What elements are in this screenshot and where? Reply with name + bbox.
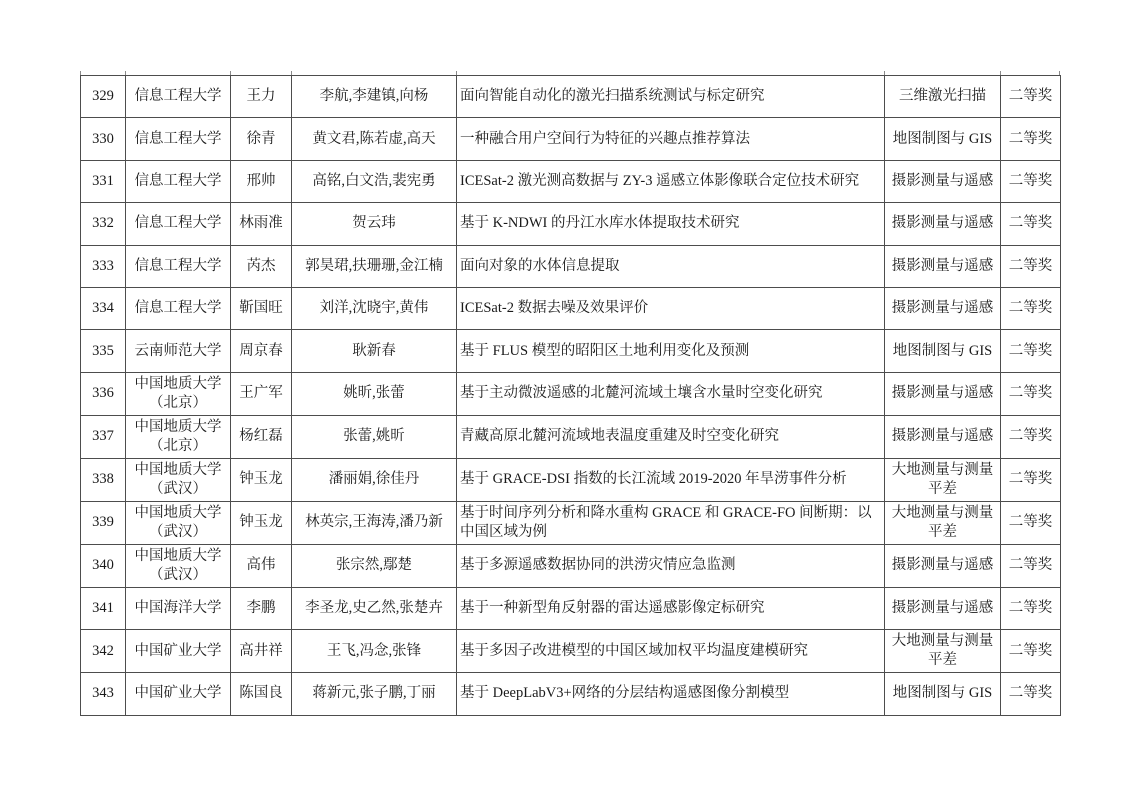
cell-university: 信息工程大学 (126, 203, 231, 245)
cell-award-level: 二等奖 (1001, 415, 1061, 458)
cell-coauthors: 姚昕,张蕾 (292, 372, 457, 415)
cell-row-number: 332 (81, 203, 126, 245)
cell-project-title: 基于多因子改进模型的中国区域加权平均温度建模研究 (457, 630, 885, 673)
cell-row-number: 333 (81, 245, 126, 287)
cell-lead-author: 邢帅 (231, 160, 292, 202)
cell-coauthors: 贺云玮 (292, 203, 457, 245)
cell-lead-author: 王力 (231, 76, 292, 118)
cell-row-number: 342 (81, 630, 126, 673)
cell-category: 摄影测量与遥感 (885, 587, 1001, 629)
cell-row-number: 338 (81, 458, 126, 501)
table-row: 340中国地质大学（武汉）高伟张宗然,鄢楚基于多源遥感数据协同的洪涝灾情应急监测… (81, 544, 1061, 587)
table-row: 332信息工程大学林雨准贺云玮基于 K-NDWI 的丹江水库水体提取技术研究摄影… (81, 203, 1061, 245)
awards-table-container: 329信息工程大学王力李航,李建镇,向杨面向智能自动化的激光扫描系统测试与标定研… (80, 75, 1060, 716)
column-tick-mark (1059, 71, 1060, 75)
cell-university: 中国矿业大学 (126, 673, 231, 715)
table-row: 341中国海洋大学李鹏李圣龙,史乙然,张楚卉基于一种新型角反射器的雷达遥感影像定… (81, 587, 1061, 629)
cell-project-title: ICESat-2 数据去噪及效果评价 (457, 287, 885, 329)
column-tick-mark (291, 71, 292, 75)
cell-category: 摄影测量与遥感 (885, 287, 1001, 329)
cell-category: 三维激光扫描 (885, 76, 1001, 118)
cell-university: 中国地质大学（武汉） (126, 501, 231, 544)
cell-award-level: 二等奖 (1001, 160, 1061, 202)
cell-category: 大地测量与测量平差 (885, 501, 1001, 544)
cell-coauthors: 李航,李建镇,向杨 (292, 76, 457, 118)
cell-award-level: 二等奖 (1001, 587, 1061, 629)
cell-lead-author: 钟玉龙 (231, 501, 292, 544)
cell-coauthors: 郭昊珺,扶珊珊,金江楠 (292, 245, 457, 287)
cell-lead-author: 陈国良 (231, 673, 292, 715)
cell-coauthors: 李圣龙,史乙然,张楚卉 (292, 587, 457, 629)
cell-project-title: 基于时间序列分析和降水重构 GRACE 和 GRACE-FO 间断期：以中国区域… (457, 501, 885, 544)
cell-category: 大地测量与测量平差 (885, 630, 1001, 673)
cell-category: 地图制图与 GIS (885, 118, 1001, 160)
cell-category: 地图制图与 GIS (885, 330, 1001, 372)
cell-award-level: 二等奖 (1001, 245, 1061, 287)
cell-coauthors: 耿新春 (292, 330, 457, 372)
cell-project-title: 基于主动微波遥感的北麓河流域土壤含水量时空变化研究 (457, 372, 885, 415)
cell-university: 中国地质大学（武汉） (126, 544, 231, 587)
cell-award-level: 二等奖 (1001, 544, 1061, 587)
cell-award-level: 二等奖 (1001, 501, 1061, 544)
cell-row-number: 343 (81, 673, 126, 715)
cell-award-level: 二等奖 (1001, 372, 1061, 415)
cell-project-title: 基于 K-NDWI 的丹江水库水体提取技术研究 (457, 203, 885, 245)
table-row: 329信息工程大学王力李航,李建镇,向杨面向智能自动化的激光扫描系统测试与标定研… (81, 76, 1061, 118)
cell-university: 中国地质大学（北京） (126, 415, 231, 458)
cell-project-title: 基于一种新型角反射器的雷达遥感影像定标研究 (457, 587, 885, 629)
cell-award-level: 二等奖 (1001, 630, 1061, 673)
cell-coauthors: 刘洋,沈晓宇,黄伟 (292, 287, 457, 329)
cell-row-number: 339 (81, 501, 126, 544)
cell-row-number: 340 (81, 544, 126, 587)
cell-project-title: 基于多源遥感数据协同的洪涝灾情应急监测 (457, 544, 885, 587)
cell-lead-author: 周京春 (231, 330, 292, 372)
cell-award-level: 二等奖 (1001, 203, 1061, 245)
table-row: 342中国矿业大学高井祥王飞,冯念,张锋基于多因子改进模型的中国区域加权平均温度… (81, 630, 1061, 673)
cell-row-number: 330 (81, 118, 126, 160)
cell-lead-author: 王广军 (231, 372, 292, 415)
cell-award-level: 二等奖 (1001, 458, 1061, 501)
cell-row-number: 334 (81, 287, 126, 329)
cell-lead-author: 杨红磊 (231, 415, 292, 458)
cell-lead-author: 高井祥 (231, 630, 292, 673)
cell-lead-author: 徐青 (231, 118, 292, 160)
cell-university: 中国矿业大学 (126, 630, 231, 673)
cell-row-number: 341 (81, 587, 126, 629)
cell-lead-author: 李鹏 (231, 587, 292, 629)
cell-coauthors: 张蕾,姚昕 (292, 415, 457, 458)
cell-coauthors: 王飞,冯念,张锋 (292, 630, 457, 673)
cell-category: 大地测量与测量平差 (885, 458, 1001, 501)
cell-university: 中国地质大学（武汉） (126, 458, 231, 501)
table-row: 337中国地质大学（北京）杨红磊张蕾,姚昕青藏高原北麓河流域地表温度重建及时空变… (81, 415, 1061, 458)
cell-award-level: 二等奖 (1001, 76, 1061, 118)
column-tick-mark (125, 71, 126, 75)
cell-project-title: 一种融合用户空间行为特征的兴趣点推荐算法 (457, 118, 885, 160)
cell-project-title: 基于 DeepLabV3+网络的分层结构遥感图像分割模型 (457, 673, 885, 715)
cell-lead-author: 靳国旺 (231, 287, 292, 329)
cell-university: 信息工程大学 (126, 118, 231, 160)
table-row: 335云南师范大学周京春耿新春基于 FLUS 模型的昭阳区土地利用变化及预测地图… (81, 330, 1061, 372)
cell-category: 摄影测量与遥感 (885, 245, 1001, 287)
cell-lead-author: 高伟 (231, 544, 292, 587)
awards-table-body: 329信息工程大学王力李航,李建镇,向杨面向智能自动化的激光扫描系统测试与标定研… (81, 76, 1061, 716)
table-row: 330信息工程大学徐青黄文君,陈若虚,高天一种融合用户空间行为特征的兴趣点推荐算… (81, 118, 1061, 160)
cell-university: 中国地质大学（北京） (126, 372, 231, 415)
cell-award-level: 二等奖 (1001, 287, 1061, 329)
table-row: 339中国地质大学（武汉）钟玉龙林英宗,王海涛,潘乃新基于时间序列分析和降水重构… (81, 501, 1061, 544)
column-tick-mark (456, 71, 457, 75)
cell-coauthors: 潘丽娟,徐佳丹 (292, 458, 457, 501)
cell-project-title: 面向对象的水体信息提取 (457, 245, 885, 287)
cell-category: 摄影测量与遥感 (885, 160, 1001, 202)
cell-coauthors: 高铭,白文浩,裴宪勇 (292, 160, 457, 202)
table-row: 331信息工程大学邢帅高铭,白文浩,裴宪勇ICESat-2 激光测高数据与 ZY… (81, 160, 1061, 202)
cell-university: 信息工程大学 (126, 76, 231, 118)
cell-project-title: 青藏高原北麓河流域地表温度重建及时空变化研究 (457, 415, 885, 458)
cell-project-title: 面向智能自动化的激光扫描系统测试与标定研究 (457, 76, 885, 118)
column-tick-mark (80, 71, 81, 75)
cell-university: 信息工程大学 (126, 245, 231, 287)
cell-coauthors: 张宗然,鄢楚 (292, 544, 457, 587)
cell-row-number: 337 (81, 415, 126, 458)
cell-row-number: 329 (81, 76, 126, 118)
cell-category: 摄影测量与遥感 (885, 203, 1001, 245)
cell-award-level: 二等奖 (1001, 118, 1061, 160)
column-tick-mark (1000, 71, 1001, 75)
cell-project-title: 基于 FLUS 模型的昭阳区土地利用变化及预测 (457, 330, 885, 372)
cell-university: 信息工程大学 (126, 287, 231, 329)
cell-category: 摄影测量与遥感 (885, 372, 1001, 415)
cell-award-level: 二等奖 (1001, 330, 1061, 372)
cell-coauthors: 林英宗,王海涛,潘乃新 (292, 501, 457, 544)
cell-row-number: 335 (81, 330, 126, 372)
column-tick-mark (884, 71, 885, 75)
cell-category: 地图制图与 GIS (885, 673, 1001, 715)
cell-category: 摄影测量与遥感 (885, 415, 1001, 458)
cell-award-level: 二等奖 (1001, 673, 1061, 715)
table-row: 334信息工程大学靳国旺刘洋,沈晓宇,黄伟ICESat-2 数据去噪及效果评价摄… (81, 287, 1061, 329)
cell-university: 中国海洋大学 (126, 587, 231, 629)
awards-table: 329信息工程大学王力李航,李建镇,向杨面向智能自动化的激光扫描系统测试与标定研… (80, 75, 1061, 716)
cell-row-number: 336 (81, 372, 126, 415)
cell-lead-author: 芮杰 (231, 245, 292, 287)
table-row: 338中国地质大学（武汉）钟玉龙潘丽娟,徐佳丹基于 GRACE-DSI 指数的长… (81, 458, 1061, 501)
cell-row-number: 331 (81, 160, 126, 202)
cell-project-title: ICESat-2 激光测高数据与 ZY-3 遥感立体影像联合定位技术研究 (457, 160, 885, 202)
cell-university: 云南师范大学 (126, 330, 231, 372)
column-tick-mark (230, 71, 231, 75)
cell-lead-author: 林雨准 (231, 203, 292, 245)
cell-coauthors: 黄文君,陈若虚,高天 (292, 118, 457, 160)
cell-university: 信息工程大学 (126, 160, 231, 202)
table-row: 333信息工程大学芮杰郭昊珺,扶珊珊,金江楠面向对象的水体信息提取摄影测量与遥感… (81, 245, 1061, 287)
cell-lead-author: 钟玉龙 (231, 458, 292, 501)
cell-coauthors: 蒋新元,张子鹏,丁丽 (292, 673, 457, 715)
cell-project-title: 基于 GRACE-DSI 指数的长江流域 2019-2020 年旱涝事件分析 (457, 458, 885, 501)
table-row: 336中国地质大学（北京）王广军姚昕,张蕾基于主动微波遥感的北麓河流域土壤含水量… (81, 372, 1061, 415)
table-row: 343中国矿业大学陈国良蒋新元,张子鹏,丁丽基于 DeepLabV3+网络的分层… (81, 673, 1061, 715)
cell-category: 摄影测量与遥感 (885, 544, 1001, 587)
document-page: 329信息工程大学王力李航,李建镇,向杨面向智能自动化的激光扫描系统测试与标定研… (0, 0, 1123, 794)
